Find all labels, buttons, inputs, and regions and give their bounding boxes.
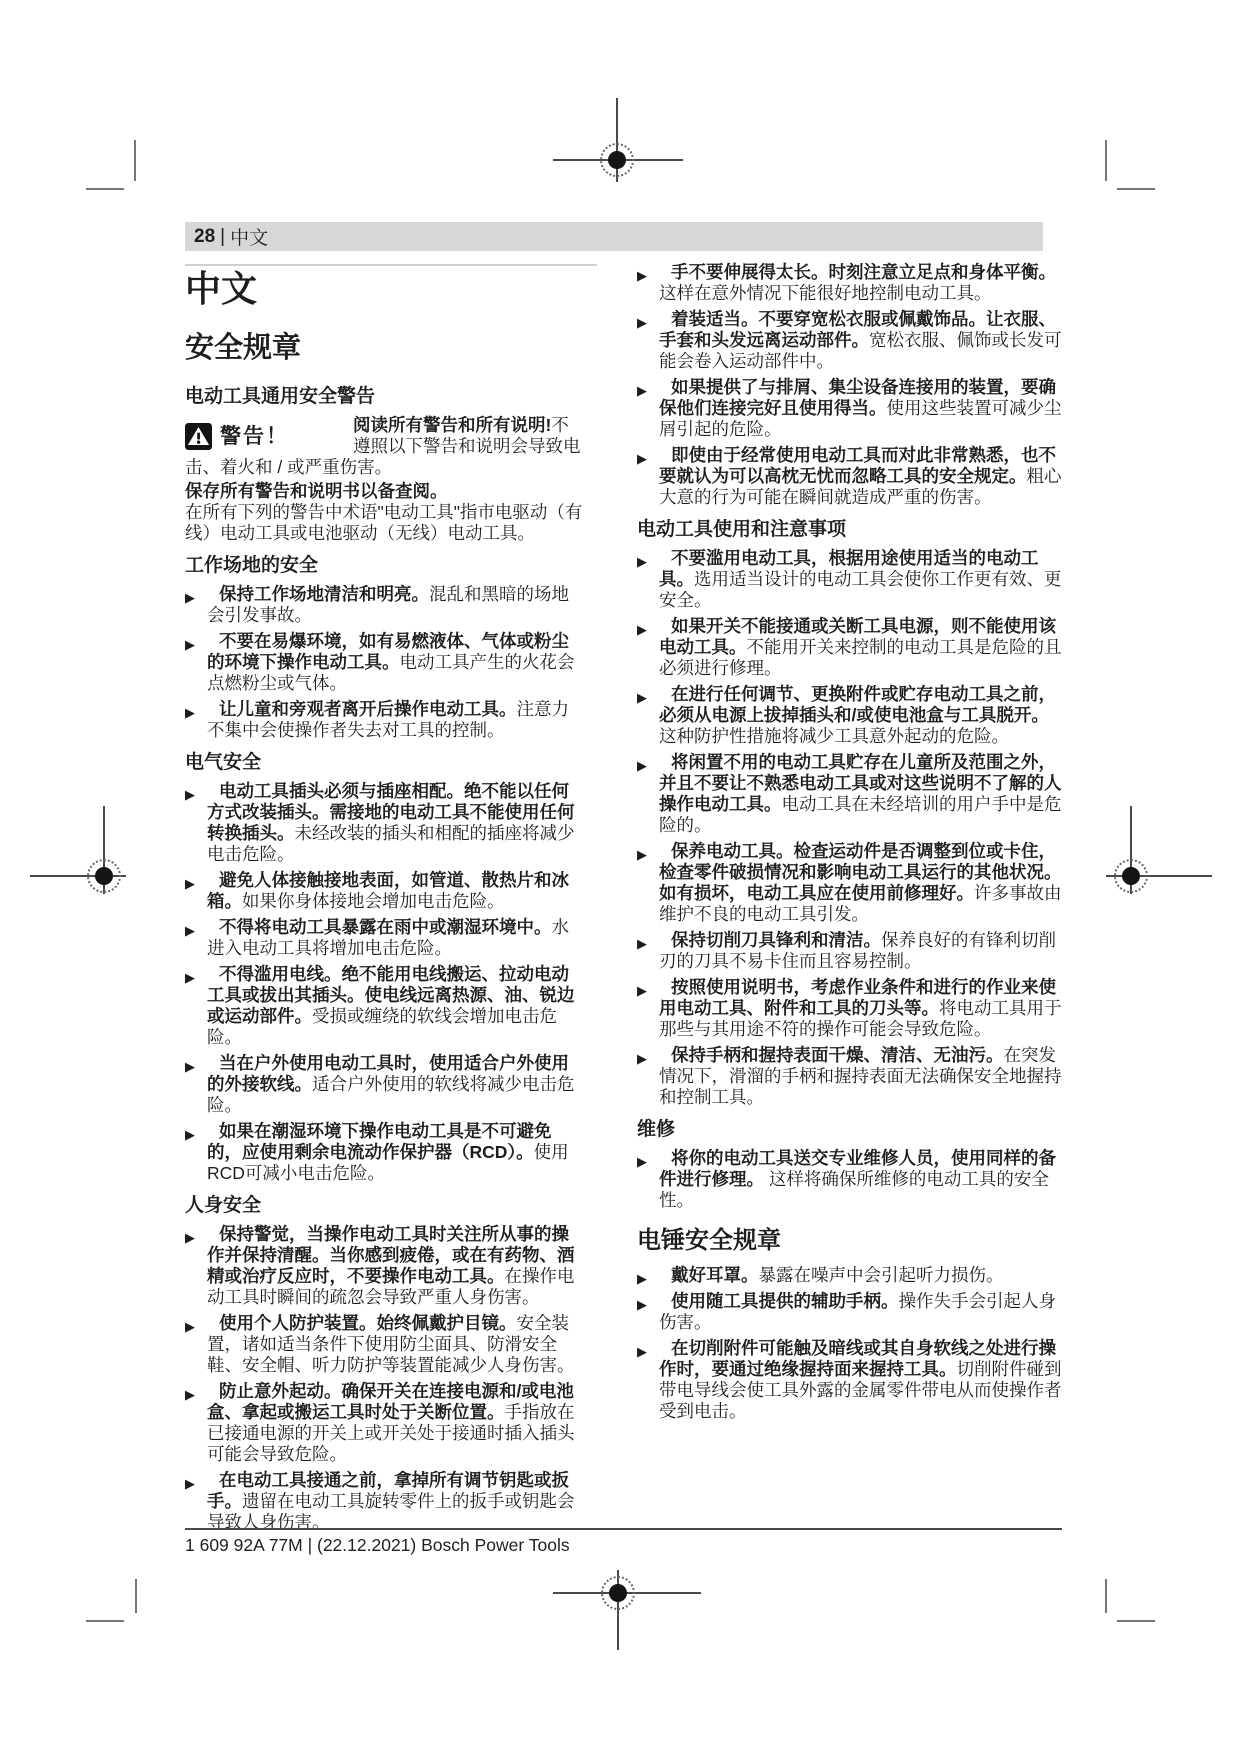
warning-triangle-icon	[185, 423, 212, 450]
safety-bullet: ▶如果在潮湿环境下操作电动工具是不可避免的，应使用剩余电流动作保护器（RCD）。…	[185, 1121, 583, 1184]
warning-label: 警告！	[220, 426, 289, 447]
bullet-lead: 不得将电动工具暴露在雨中或潮湿环境中。	[219, 917, 552, 937]
bullet-detail: 暴露在噪声中会引起听力损伤。	[759, 1265, 1004, 1285]
crop-mark	[1105, 1579, 1107, 1613]
safety-bullet: ▶如果提供了与排屑、集尘设备连接用的装置，要确保他们连接完好且使用得当。使用这些…	[637, 377, 1064, 440]
bullet-triangle-icon: ▶	[185, 873, 195, 894]
registration-mark	[600, 143, 634, 177]
keep-instructions-note: 保存所有警告和说明书以备查阅。	[185, 481, 583, 502]
warning-paragraph: 警告！ 阅读所有警告和所有说明!不遵照以下警告和说明会导致电击、着火和 / 或严…	[185, 415, 583, 478]
usage-care-heading: 电动工具使用和注意事项	[637, 518, 1064, 541]
bullet-triangle-icon: ▶	[637, 1151, 647, 1172]
personal-safety-heading: 人身安全	[185, 1194, 583, 1217]
bullet-triangle-icon: ▶	[637, 448, 647, 469]
safety-bullet: ▶如果开关不能接通或关断工具电源，则不能使用该电动工具。不能用开关来控制的电动工…	[637, 616, 1064, 679]
safety-bullet: ▶不要滥用电动工具，根据用途使用适当的电动工具。选用适当设计的电动工具会使你工作…	[637, 548, 1064, 611]
workplace-heading: 工作场地的安全	[185, 554, 583, 577]
page-number: 28	[194, 226, 215, 248]
bullet-triangle-icon: ▶	[637, 933, 647, 954]
bullet-triangle-icon: ▶	[637, 1294, 647, 1315]
bullet-triangle-icon: ▶	[185, 967, 195, 988]
bullet-triangle-icon: ▶	[637, 312, 647, 333]
bullet-triangle-icon: ▶	[185, 1473, 195, 1494]
bullet-triangle-icon: ▶	[185, 1227, 195, 1248]
crop-mark	[134, 140, 136, 181]
safety-bullet: ▶将你的电动工具送交专业维修人员，使用同样的备件进行修理。 这样将确保所维修的电…	[637, 1148, 1064, 1211]
bullet-triangle-icon: ▶	[637, 1048, 647, 1069]
bullet-triangle-icon: ▶	[185, 920, 195, 941]
bullet-triangle-icon: ▶	[185, 1316, 195, 1337]
right-column: ▶手不要伸展得太长。时刻注意立足点和身体平衡。这样在意外情况下能很好地控制电动工…	[637, 262, 1064, 1427]
bullet-triangle-icon: ▶	[185, 1124, 195, 1145]
hammer-safety-heading: 电锤安全规章	[637, 1227, 1064, 1255]
bullet-lead: 即使由于经常使用电动工具而对此非常熟悉，也不要就认为可以高枕无忧而忽略工具的安全…	[659, 445, 1056, 486]
safety-bullet: ▶不要在易爆环境，如有易燃液体、气体或粉尘的环境下操作电动工具。电动工具产生的火…	[185, 631, 583, 694]
header-language: 中文	[230, 223, 268, 250]
safety-section-title: 安全规章	[185, 332, 583, 365]
warning-lead: 阅读所有警告和所有说明!	[353, 415, 551, 435]
safety-bullet: ▶在电动工具接通之前，拿掉所有调节钥匙或扳手。遗留在电动工具旋转零件上的扳手或钥…	[185, 1470, 583, 1533]
bullet-lead: 使用个人防护装置。始终佩戴护目镜。	[219, 1313, 517, 1333]
safety-bullet: ▶电动工具插头必须与插座相配。绝不能以任何方式改装插头。需接地的电动工具不能使用…	[185, 781, 583, 865]
crop-mark	[135, 1579, 137, 1613]
document-title: 中文	[185, 268, 583, 310]
safety-bullet: ▶不得滥用电线。绝不能用电线搬运、拉动电动工具或拔出其插头。使电线远离热源、油、…	[185, 964, 583, 1048]
bullet-triangle-icon: ▶	[637, 844, 647, 865]
header-underline	[185, 264, 597, 266]
registration-mark	[601, 1576, 635, 1610]
safety-bullet: ▶让儿童和旁观者离开后操作电动工具。注意力不集中会使操作者失去对工具的控制。	[185, 699, 583, 741]
crop-mark	[86, 1620, 124, 1622]
bullet-triangle-icon: ▶	[637, 980, 647, 1001]
crop-mark	[86, 188, 124, 190]
safety-bullet: ▶手不要伸展得太长。时刻注意立足点和身体平衡。这样在意外情况下能很好地控制电动工…	[637, 262, 1064, 304]
warning-badge: 警告！	[185, 415, 353, 457]
registration-mark	[1114, 859, 1148, 893]
bullet-triangle-icon: ▶	[185, 784, 195, 805]
bullet-detail: 选用适当设计的电动工具会使你工作更有效、更安全。	[659, 569, 1062, 610]
terminology-note: 在所有下列的警告中术语"电动工具"指市电驱动（有线）电动工具或电池驱动（无线）电…	[185, 502, 583, 544]
crop-mark	[1117, 1620, 1155, 1622]
safety-bullet: ▶使用随工具提供的辅助手柄。操作失手会引起人身伤害。	[637, 1291, 1064, 1333]
crop-mark	[1105, 140, 1107, 181]
safety-bullet: ▶不得将电动工具暴露在雨中或潮湿环境中。水进入电动工具将增加电击危险。	[185, 917, 583, 959]
bullet-triangle-icon: ▶	[185, 1384, 195, 1405]
safety-bullet: ▶将闲置不用的电动工具贮存在儿童所及范围之外，并且不要让不熟悉电动工具或对这些说…	[637, 752, 1064, 836]
safety-bullet: ▶在进行任何调节、更换附件或贮存电动工具之前，必须从电源上拔掉插头和/或使电池盒…	[637, 684, 1064, 747]
bullet-detail: 遗留在电动工具旋转零件上的扳手或钥匙会导致人身伤害。	[207, 1491, 575, 1532]
general-warnings-heading: 电动工具通用安全警告	[185, 385, 583, 408]
safety-bullet: ▶保养电动工具。检查运动件是否调整到位或卡住，检查零件破损情况和影响电动工具运行…	[637, 841, 1064, 925]
safety-bullet: ▶着装适当。不要穿宽松衣服或佩戴饰品。让衣服、手套和头发远离运动部件。宽松衣服、…	[637, 309, 1064, 372]
registration-mark	[87, 859, 121, 893]
bullet-triangle-icon: ▶	[637, 1341, 647, 1362]
bullet-triangle-icon: ▶	[637, 619, 647, 640]
safety-bullet: ▶使用个人防护装置。始终佩戴护目镜。安全装置，诸如适当条件下使用防尘面具、防滑安…	[185, 1313, 583, 1376]
bullet-triangle-icon: ▶	[185, 634, 195, 655]
safety-bullet: ▶当在户外使用电动工具时，使用适合户外使用的外接软线。适合户外使用的软线将减少电…	[185, 1053, 583, 1116]
bullet-detail: 如果你身体接地会增加电击危险。	[242, 891, 505, 911]
bullet-lead: 保持切削刀具锋利和清洁。	[671, 930, 881, 950]
safety-bullet: ▶保持警觉，当操作电动工具时关注所从事的操作并保持清醒。当你感到疲倦，或在有药物…	[185, 1224, 583, 1308]
bullet-triangle-icon: ▶	[185, 587, 195, 608]
electrical-heading: 电气安全	[185, 751, 583, 774]
bullet-lead: 手不要伸展得太长。时刻注意立足点和身体平衡。	[671, 262, 1056, 282]
footer-rule	[185, 1528, 1062, 1530]
header-separator: |	[220, 226, 225, 248]
bullet-lead: 保持工作场地清洁和明亮。	[219, 584, 429, 604]
safety-bullet: ▶戴好耳罩。暴露在噪声中会引起听力损伤。	[637, 1265, 1064, 1286]
bullet-lead: 戴好耳罩。	[671, 1265, 759, 1285]
crop-mark	[1117, 188, 1155, 190]
safety-bullet: ▶保持切削刀具锋利和清洁。保养良好的有锋利切削刃的刀具不易卡住而且容易控制。	[637, 930, 1064, 972]
safety-bullet: ▶按照使用说明书，考虑作业条件和进行的作业来使用电动工具、附件和工具的刀头等。将…	[637, 977, 1064, 1040]
safety-bullet: ▶即使由于经常使用电动工具而对此非常熟悉，也不要就认为可以高枕无忧而忽略工具的安…	[637, 445, 1064, 508]
bullet-triangle-icon: ▶	[637, 551, 647, 572]
safety-bullet: ▶避免人体接触接地表面，如管道、散热片和冰箱。如果你身体接地会增加电击危险。	[185, 870, 583, 912]
left-column: 中文 安全规章 电动工具通用安全警告 警告！ 阅读所有警告和所有说明!不遵照以下…	[185, 268, 583, 1538]
bullet-triangle-icon: ▶	[185, 1056, 195, 1077]
bullet-triangle-icon: ▶	[637, 687, 647, 708]
bullet-triangle-icon: ▶	[637, 380, 647, 401]
bullet-lead: 保持手柄和握持表面干燥、清洁、无油污。	[671, 1045, 1004, 1065]
manual-page: 28|中文 中文 安全规章 电动工具通用安全警告 警告！ 阅读所有警告和所有说明…	[0, 0, 1241, 1754]
safety-bullet: ▶保持工作场地清洁和明亮。混乱和黑暗的场地会引发事故。	[185, 584, 583, 626]
safety-bullet: ▶在切削附件可能触及暗线或其自身软线之处进行操作时，要通过绝缘握持面来握持工具。…	[637, 1338, 1064, 1422]
safety-bullet: ▶防止意外起动。确保开关在连接电源和/或电池盒、拿起或搬运工具时处于关断位置。手…	[185, 1381, 583, 1465]
bullet-detail: 这种防护性措施将减少工具意外起动的危险。	[659, 726, 1009, 746]
service-heading: 维修	[637, 1118, 1064, 1141]
bullet-triangle-icon: ▶	[637, 265, 647, 286]
bullet-detail: 这样在意外情况下能很好地控制电动工具。	[659, 283, 992, 303]
bullet-triangle-icon: ▶	[637, 1268, 647, 1289]
bullet-lead: 如果在潮湿环境下操作电动工具是不可避免的，应使用剩余电流动作保护器（RCD）。	[207, 1121, 552, 1162]
bullet-lead: 使用随工具提供的辅助手柄。	[671, 1291, 899, 1311]
safety-bullet: ▶保持手柄和握持表面干燥、清洁、无油污。在突发情况下，滑溜的手柄和握持表面无法确…	[637, 1045, 1064, 1108]
bullet-lead: 在进行任何调节、更换附件或贮存电动工具之前，必须从电源上拔掉插头和/或使电池盒与…	[659, 684, 1056, 725]
bullet-lead: 让儿童和旁观者离开后操作电动工具。	[219, 699, 517, 719]
bullet-triangle-icon: ▶	[185, 702, 195, 723]
page-header-bar: 28|中文	[185, 222, 1043, 251]
bullet-triangle-icon: ▶	[637, 755, 647, 776]
footer-imprint: 1 609 92A 77M | (22.12.2021) Bosch Power…	[185, 1535, 570, 1556]
